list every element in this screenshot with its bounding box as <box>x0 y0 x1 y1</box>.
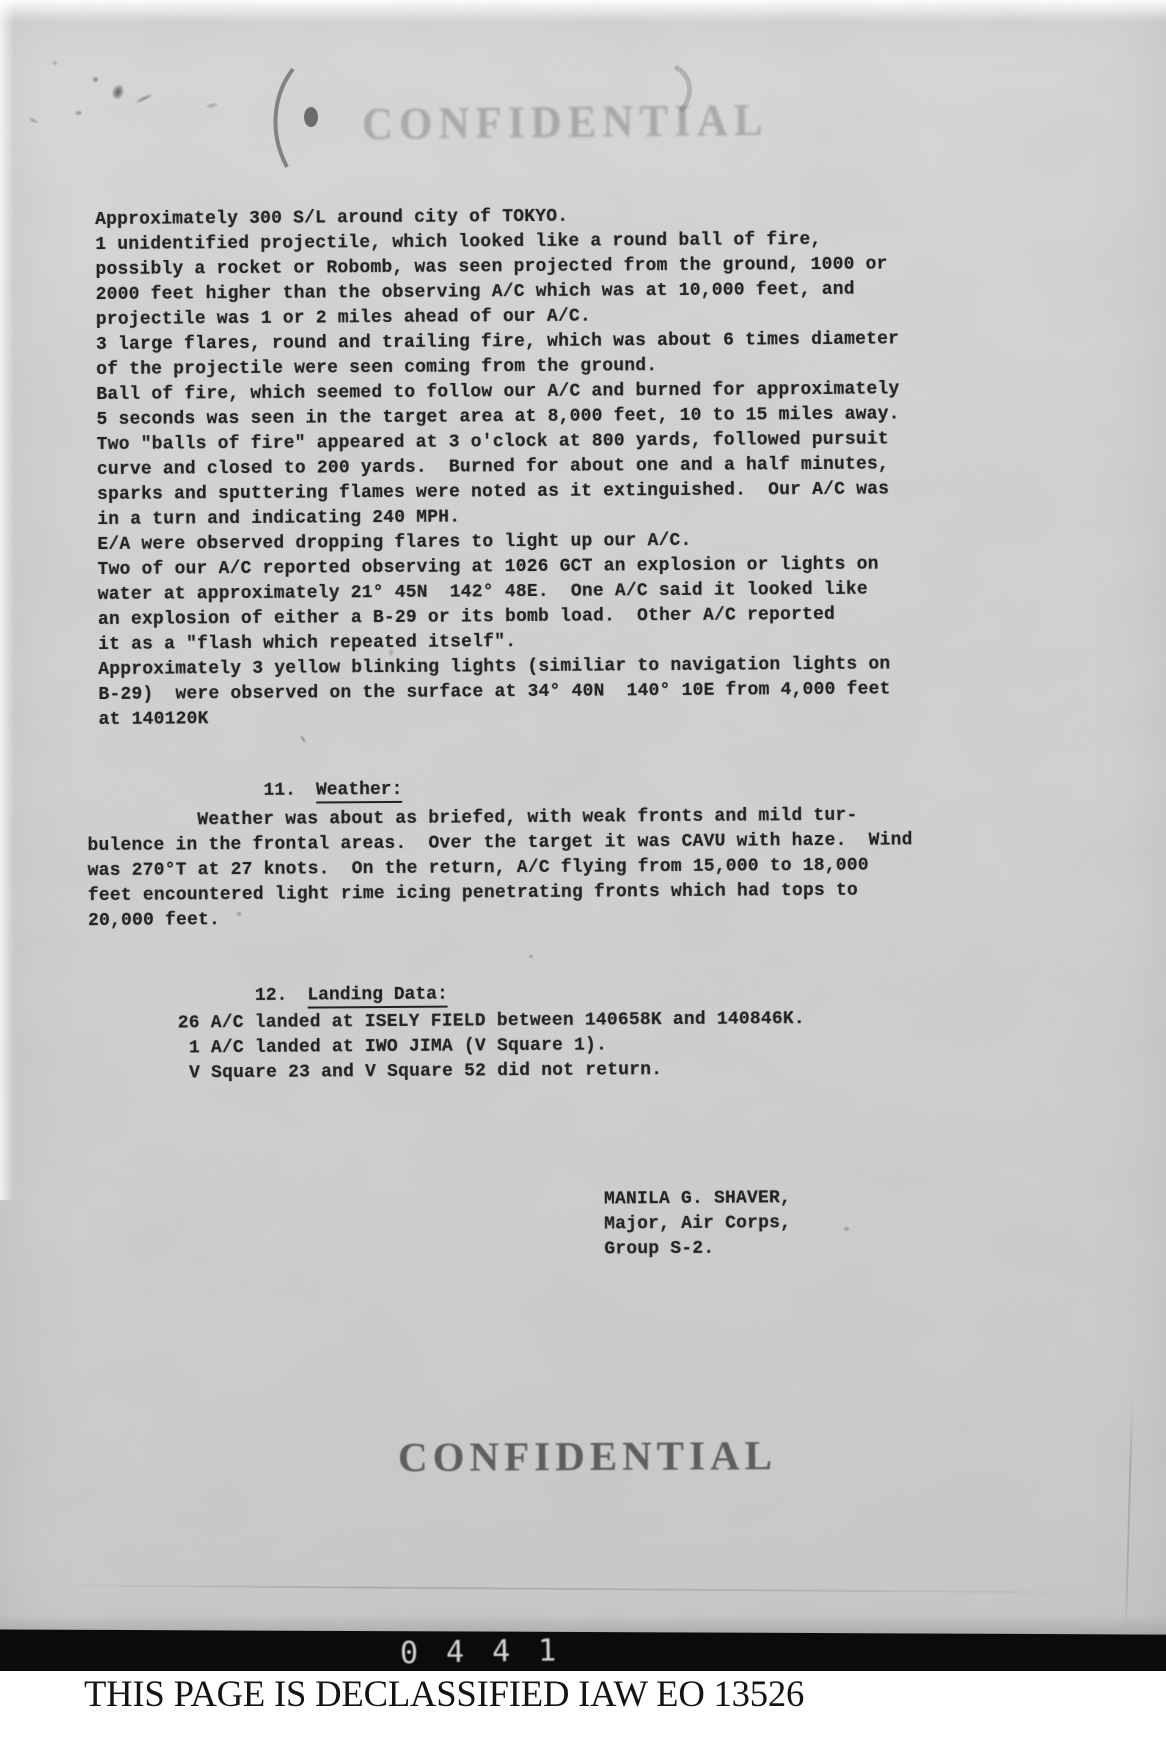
section-title: Landing Data: <box>307 985 448 1009</box>
confidential-stamp-bottom: CONFIDENTIAL <box>398 1431 777 1481</box>
typed-line: Major, Air Corps, <box>604 1211 791 1237</box>
landing-data-paragraph: 26 A/C landed at ISELY FIELD between 140… <box>101 1007 806 1087</box>
typed-line: V Square 23 and V Square 52 did not retu… <box>101 1057 805 1087</box>
typed-line: 20,000 feet. <box>88 903 913 934</box>
typed-line: MANILA G. SHAVER, <box>604 1186 791 1212</box>
signature-block: MANILA G. SHAVER,Major, Air Corps,Group … <box>604 1186 792 1262</box>
frame-number: 0441 <box>400 1635 585 1670</box>
typed-content: Approximately 300 S/L around city of TOK… <box>0 0 1166 1672</box>
paper-region: CONFIDENTIAL Approximately 300 S/L aroun… <box>0 0 1166 1672</box>
typed-line: Group S-2. <box>604 1236 791 1262</box>
observations-paragraph: Approximately 300 S/L around city of TOK… <box>95 202 902 733</box>
film-band: 0441 <box>0 1629 1166 1676</box>
section-title: Weather: <box>316 780 403 804</box>
weather-paragraph: Weather was about as briefed, with weak … <box>87 803 913 934</box>
typed-line: 26 A/C landed at ISELY FIELD between 140… <box>101 1007 805 1037</box>
declassification-footer: THIS PAGE IS DECLASSIFIED IAW EO 13526 <box>0 1671 1166 1741</box>
section-number: 11. <box>263 781 296 801</box>
declassification-text: THIS PAGE IS DECLASSIFIED IAW EO 13526 <box>84 1674 804 1716</box>
section-number: 12. <box>255 986 288 1006</box>
scanned-document-page: CONFIDENTIAL Approximately 300 S/L aroun… <box>0 0 1166 1741</box>
